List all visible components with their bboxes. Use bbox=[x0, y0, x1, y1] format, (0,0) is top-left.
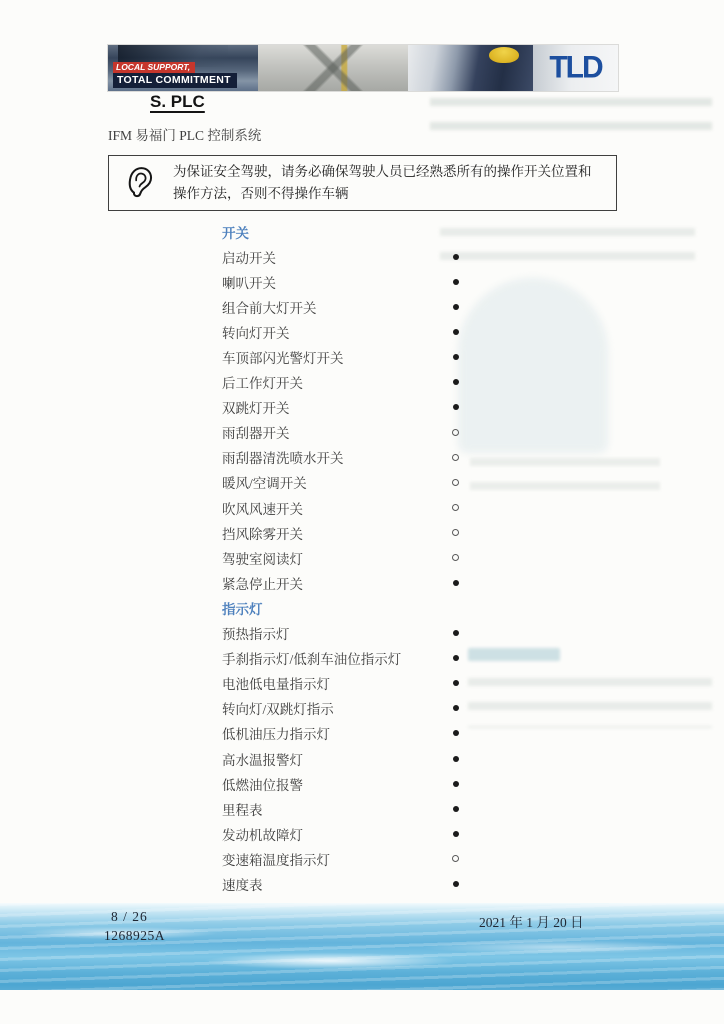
item-label: 电池低电量指示灯 bbox=[222, 673, 330, 693]
item-label: 喇叭开关 bbox=[222, 272, 276, 292]
bleedthrough-text bbox=[470, 458, 660, 502]
item-label: 手刹指示灯/低刹车油位指示灯 bbox=[222, 648, 401, 668]
water-footer-image bbox=[0, 903, 724, 990]
filled-bullet-icon bbox=[453, 756, 459, 762]
item-label: 低燃油位报警 bbox=[222, 774, 303, 794]
filled-bullet-icon bbox=[453, 304, 459, 310]
tagline-line1: LOCAL SUPPORT, bbox=[113, 62, 195, 73]
switch-list: 开关启动开关喇叭开关组合前大灯开关转向灯开关车顶部闪光警灯开关后工作灯开关双跳灯… bbox=[222, 219, 462, 922]
item-label: 速度表 bbox=[222, 874, 263, 894]
list-item: 发动机故障灯 bbox=[222, 821, 462, 846]
hollow-bullet-icon bbox=[452, 855, 459, 862]
banner-photo-lift bbox=[258, 45, 408, 91]
item-label: 车顶部闪光警灯开关 bbox=[222, 347, 344, 367]
item-label: 雨刮器清洗喷水开关 bbox=[222, 447, 344, 467]
banner-tagline: LOCAL SUPPORT, TOTAL COMMITMENT bbox=[113, 62, 237, 88]
filled-bullet-icon bbox=[453, 655, 459, 661]
hollow-bullet-icon bbox=[452, 429, 459, 436]
item-label: 雨刮器开关 bbox=[222, 422, 290, 442]
filled-bullet-icon bbox=[453, 806, 459, 812]
bleedthrough-gauge bbox=[458, 278, 608, 453]
list-item: 启动开关 bbox=[222, 244, 462, 269]
ear-icon bbox=[109, 165, 173, 201]
list-item: 里程表 bbox=[222, 796, 462, 821]
filled-bullet-icon bbox=[453, 254, 459, 260]
list-item: 挡风除雾开关 bbox=[222, 520, 462, 545]
list-item: 吹风风速开关 bbox=[222, 495, 462, 520]
page-number: 8 / 26 bbox=[111, 909, 148, 925]
page-title: S. PLC bbox=[150, 92, 205, 112]
hollow-bullet-icon bbox=[452, 554, 459, 561]
list-item: 后工作灯开关 bbox=[222, 370, 462, 395]
filled-bullet-icon bbox=[453, 404, 459, 410]
item-label: 暖风/空调开关 bbox=[222, 472, 307, 492]
filled-bullet-icon bbox=[453, 279, 459, 285]
filled-bullet-icon bbox=[453, 881, 459, 887]
bleedthrough-text bbox=[440, 228, 695, 268]
bleedthrough-text bbox=[468, 678, 712, 728]
item-label: 低机油压力指示灯 bbox=[222, 723, 330, 743]
list-item: 变速箱温度指示灯 bbox=[222, 846, 462, 871]
document-number: 1268925A bbox=[104, 928, 165, 944]
list-item: 组合前大灯开关 bbox=[222, 294, 462, 319]
bleedthrough-text bbox=[430, 98, 712, 144]
filled-bullet-icon bbox=[453, 680, 459, 686]
list-item: 高水温报警灯 bbox=[222, 746, 462, 771]
list-item: 车顶部闪光警灯开关 bbox=[222, 344, 462, 369]
list-item: 低燃油位报警 bbox=[222, 771, 462, 796]
list-item: 雨刮器开关 bbox=[222, 420, 462, 445]
header-banner: TLD LOCAL SUPPORT, TOTAL COMMITMENT bbox=[108, 45, 618, 91]
hollow-bullet-icon bbox=[452, 529, 459, 536]
filled-bullet-icon bbox=[453, 580, 459, 586]
list-item: 紧急停止开关 bbox=[222, 570, 462, 595]
list-item: 转向灯开关 bbox=[222, 319, 462, 344]
item-label: 双跳灯开关 bbox=[222, 397, 290, 417]
list-item: 预热指示灯 bbox=[222, 621, 462, 646]
item-label: 变速箱温度指示灯 bbox=[222, 849, 330, 869]
item-label: 转向灯/双跳灯指示 bbox=[222, 698, 334, 718]
list-item: 转向灯/双跳灯指示 bbox=[222, 696, 462, 721]
item-label: 驾驶室阅读灯 bbox=[222, 548, 303, 568]
list-item: 喇叭开关 bbox=[222, 269, 462, 294]
item-label: 吹风风速开关 bbox=[222, 498, 303, 518]
safety-warning-box: 为保证安全驾驶，请务必确保驾驶人员已经熟悉所有的操作开关位置和操作方法，否则不得… bbox=[108, 155, 617, 211]
list-item: 速度表 bbox=[222, 871, 462, 896]
section-heading: 开关 bbox=[222, 219, 462, 244]
filled-bullet-icon bbox=[453, 379, 459, 385]
item-label: 预热指示灯 bbox=[222, 623, 290, 643]
item-label: 组合前大灯开关 bbox=[222, 297, 317, 317]
filled-bullet-icon bbox=[453, 781, 459, 787]
item-label: 高水温报警灯 bbox=[222, 749, 303, 769]
item-label: 后工作灯开关 bbox=[222, 372, 303, 392]
filled-bullet-icon bbox=[453, 329, 459, 335]
item-label: 紧急停止开关 bbox=[222, 573, 303, 593]
item-label: 发动机故障灯 bbox=[222, 824, 303, 844]
safety-warning-text: 为保证安全驾驶，请务必确保驾驶人员已经熟悉所有的操作开关位置和操作方法，否则不得… bbox=[173, 161, 616, 204]
item-label: 里程表 bbox=[222, 799, 263, 819]
list-item: 手刹指示灯/低刹车油位指示灯 bbox=[222, 646, 462, 671]
banner-photo-worker bbox=[408, 45, 533, 91]
section-heading: 指示灯 bbox=[222, 595, 462, 620]
filled-bullet-icon bbox=[453, 705, 459, 711]
banner-logo-area: TLD bbox=[533, 45, 618, 91]
hollow-bullet-icon bbox=[452, 454, 459, 461]
tagline-line2: TOTAL COMMITMENT bbox=[113, 73, 237, 88]
item-label: 转向灯开关 bbox=[222, 322, 290, 342]
hollow-bullet-icon bbox=[452, 504, 459, 511]
list-item: 暖风/空调开关 bbox=[222, 470, 462, 495]
hollow-bullet-icon bbox=[452, 479, 459, 486]
list-item: 雨刮器清洗喷水开关 bbox=[222, 445, 462, 470]
bleedthrough-heading bbox=[468, 648, 560, 661]
list-item: 双跳灯开关 bbox=[222, 395, 462, 420]
filled-bullet-icon bbox=[453, 730, 459, 736]
page-subtitle: IFM 易福门 PLC 控制系统 bbox=[108, 124, 261, 144]
list-item: 电池低电量指示灯 bbox=[222, 671, 462, 696]
footer-date: 2021 年 1 月 20 日 bbox=[479, 911, 584, 931]
tld-logo: TLD bbox=[549, 50, 601, 86]
list-item: 低机油压力指示灯 bbox=[222, 721, 462, 746]
filled-bullet-icon bbox=[453, 831, 459, 837]
list-item: 驾驶室阅读灯 bbox=[222, 545, 462, 570]
filled-bullet-icon bbox=[453, 354, 459, 360]
item-label: 挡风除雾开关 bbox=[222, 523, 303, 543]
item-label: 启动开关 bbox=[222, 247, 276, 267]
filled-bullet-icon bbox=[453, 630, 459, 636]
